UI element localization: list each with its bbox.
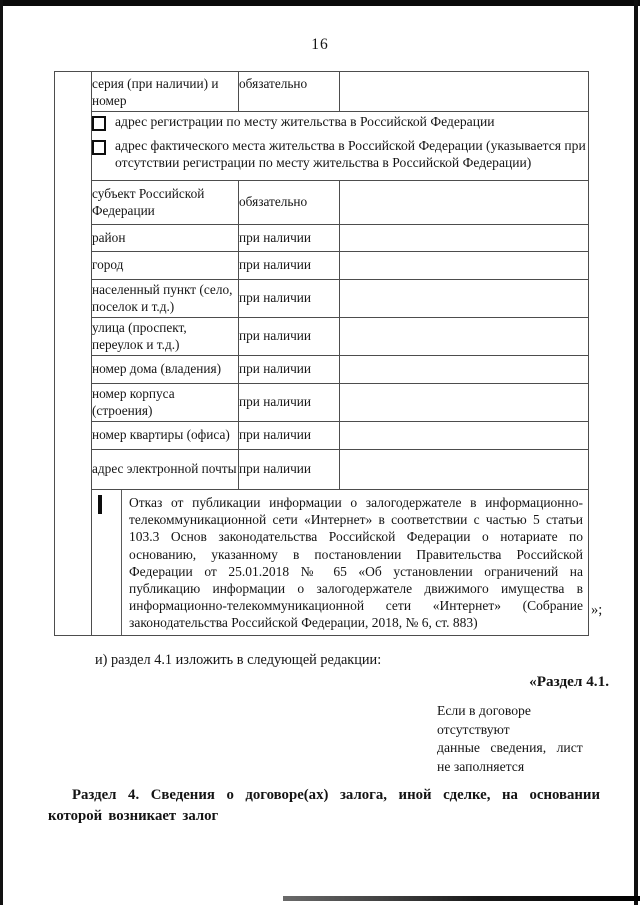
scan-edge-right	[634, 0, 638, 905]
requirement-subject: обязательно	[239, 181, 340, 225]
scanned-document-page: 16 серия (при наличии) и номер обязатель…	[0, 0, 640, 905]
scan-edge-left	[0, 0, 3, 905]
address-table-wrap: серия (при наличии) и номер обязательно …	[54, 71, 589, 636]
value-field-korpus[interactable]	[340, 384, 589, 422]
address-table: серия (при наличии) и номер обязательно …	[54, 71, 589, 636]
side-note-line: данные сведения, лист	[437, 739, 603, 758]
field-label-seriya: серия (при наличии) и номер	[92, 72, 239, 112]
field-label-email: адрес электронной почты	[92, 450, 239, 490]
field-label-kvartira: номер квартиры (офиса)	[92, 422, 239, 450]
field-label-dom: номер дома (владения)	[92, 356, 239, 384]
refusal-row: Отказ от публикации информации о залогод…	[92, 490, 589, 636]
checkbox-icon[interactable]	[92, 116, 106, 131]
requirement-gorod: при наличии	[239, 252, 340, 280]
checkbox-icon[interactable]	[98, 495, 102, 514]
side-note: Если в договоре отсутствуют данные сведе…	[437, 702, 603, 776]
value-field-email[interactable]	[340, 450, 589, 490]
side-note-line: не заполняется	[437, 758, 603, 777]
refusal-checkbox-col	[92, 490, 122, 635]
value-field-kvartira[interactable]	[340, 422, 589, 450]
scan-edge-bottom	[283, 896, 640, 901]
value-field-subject[interactable]	[340, 181, 589, 225]
page-number: 16	[0, 36, 640, 54]
field-label-gorod: город	[92, 252, 239, 280]
value-field-rayon[interactable]	[340, 225, 589, 252]
address-registration-option[interactable]: адрес регистрации по месту жительства в …	[92, 114, 588, 131]
value-field-gorod[interactable]	[340, 252, 589, 280]
field-label-punkt: населенный пункт (село, поселок и т.д.)	[92, 280, 239, 318]
checkbox-icon[interactable]	[92, 140, 106, 155]
requirement-korpus: при наличии	[239, 384, 340, 422]
section-4-1-heading: «Раздел 4.1.	[529, 673, 609, 691]
section-4-heading: Раздел 4. Сведения о договоре(ах) залога…	[48, 785, 600, 827]
closing-quote-mark: »;	[591, 602, 602, 619]
value-field-dom[interactable]	[340, 356, 589, 384]
address-actual-label: адрес фактического места жительства в Ро…	[115, 138, 588, 171]
side-note-line: Если в договоре отсутствуют	[437, 702, 603, 739]
value-field-punkt[interactable]	[340, 280, 589, 318]
address-type-checkbox-group: адрес регистрации по месту жительства в …	[92, 112, 589, 181]
requirement-rayon: при наличии	[239, 225, 340, 252]
field-label-subject: субъект Российской Федерации	[92, 181, 239, 225]
amendment-instruction: и) раздел 4.1 изложить в следующей редак…	[95, 652, 381, 669]
address-registration-label: адрес регистрации по месту жительства в …	[115, 114, 495, 131]
field-label-korpus: номер корпуса (строения)	[92, 384, 239, 422]
left-margin-cell	[55, 72, 92, 636]
refusal-text: Отказ от публикации информации о залогод…	[122, 490, 588, 635]
field-label-rayon: район	[92, 225, 239, 252]
scan-edge-top	[0, 0, 640, 6]
requirement-email: при наличии	[239, 450, 340, 490]
value-field-seriya[interactable]	[340, 72, 589, 112]
requirement-ulitsa: при наличии	[239, 318, 340, 356]
requirement-seriya: обязательно	[239, 72, 340, 112]
value-field-ulitsa[interactable]	[340, 318, 589, 356]
field-label-ulitsa: улица (проспект, переулок и т.д.)	[92, 318, 239, 356]
address-actual-option[interactable]: адрес фактического места жительства в Ро…	[92, 138, 588, 171]
requirement-kvartira: при наличии	[239, 422, 340, 450]
requirement-dom: при наличии	[239, 356, 340, 384]
requirement-punkt: при наличии	[239, 280, 340, 318]
